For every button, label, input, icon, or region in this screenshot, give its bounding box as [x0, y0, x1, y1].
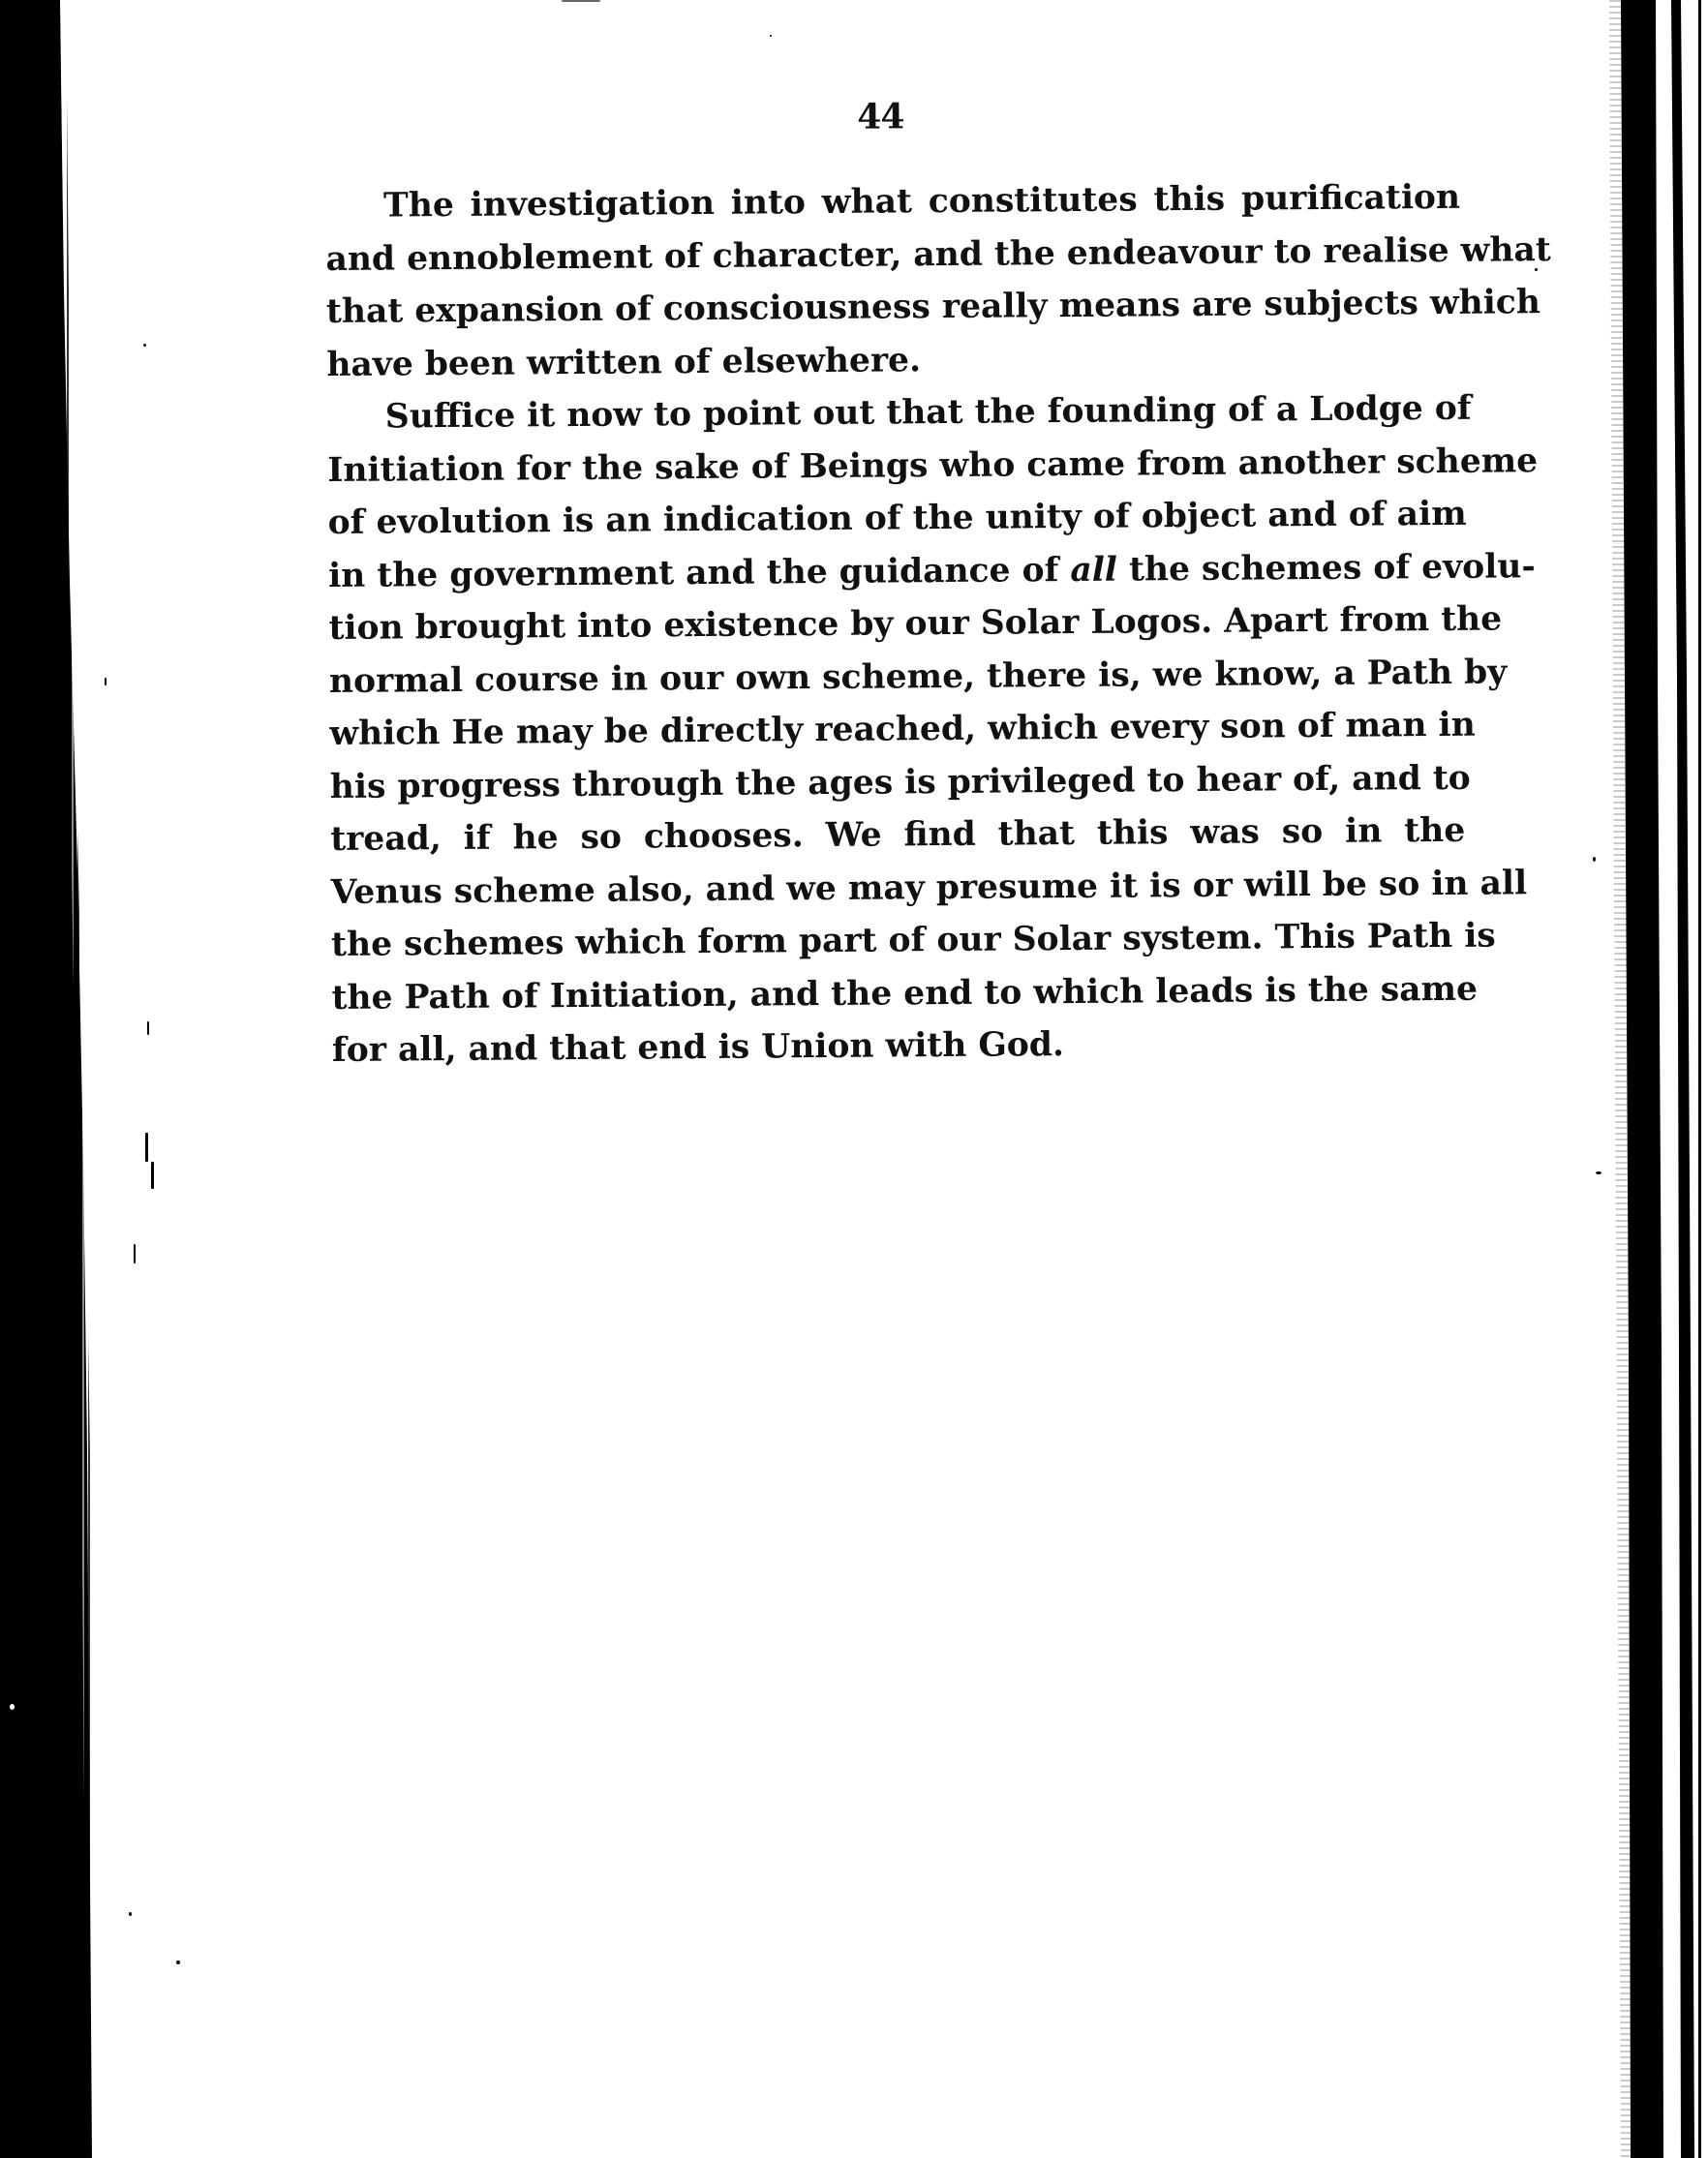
text-line: The investigation into what constitutes … — [325, 171, 1460, 233]
text-line: Suffice it now to point out that the fou… — [327, 382, 1462, 444]
paragraph-2: Suffice it now to point out that the fou… — [327, 382, 1468, 1078]
text-segment: in the government and the guidance of — [328, 551, 1071, 595]
page-number: 44 — [851, 96, 909, 137]
text-line: tion brought into existence by our Solar… — [328, 593, 1463, 655]
paragraph-1: The investigation into what constitutes … — [325, 171, 1462, 391]
text-line: normal course in our own scheme, there i… — [329, 646, 1464, 708]
text-line: have been written of elsewhere. — [326, 329, 1461, 391]
text-line: of evolution is an indication of the uni… — [327, 488, 1462, 550]
text-line: Venus scheme also, and we may presume it… — [330, 857, 1465, 919]
text-line: the schemes which form part of our Solar… — [331, 910, 1466, 972]
text-line: tread, if he so chooses. We find that th… — [330, 805, 1465, 866]
text-line: which He may be directly reached, which … — [329, 699, 1464, 761]
text-line: his progress through the ages is privile… — [330, 751, 1465, 813]
text-segment: the schemes of evolu- — [1117, 547, 1536, 589]
text-line: that expansion of consciousness really m… — [326, 277, 1461, 339]
text-line: Initiation for the sake of Beings who ca… — [327, 435, 1462, 497]
italic-emphasis: all — [1070, 550, 1117, 589]
body-text: The investigation into what constitutes … — [325, 171, 1467, 1078]
text-line-with-italic: in the government and the guidance of al… — [328, 540, 1463, 602]
text-line: for all, and that end is Union with God. — [332, 1016, 1467, 1078]
text-line: the Path of Initiation, and the end to w… — [331, 962, 1466, 1024]
page-content: 44 The investigation into what constitut… — [0, 0, 1708, 2158]
text-line: and ennoblement of character, and the en… — [325, 224, 1460, 286]
scanned-book-page: 44 The investigation into what constitut… — [0, 0, 1708, 2158]
